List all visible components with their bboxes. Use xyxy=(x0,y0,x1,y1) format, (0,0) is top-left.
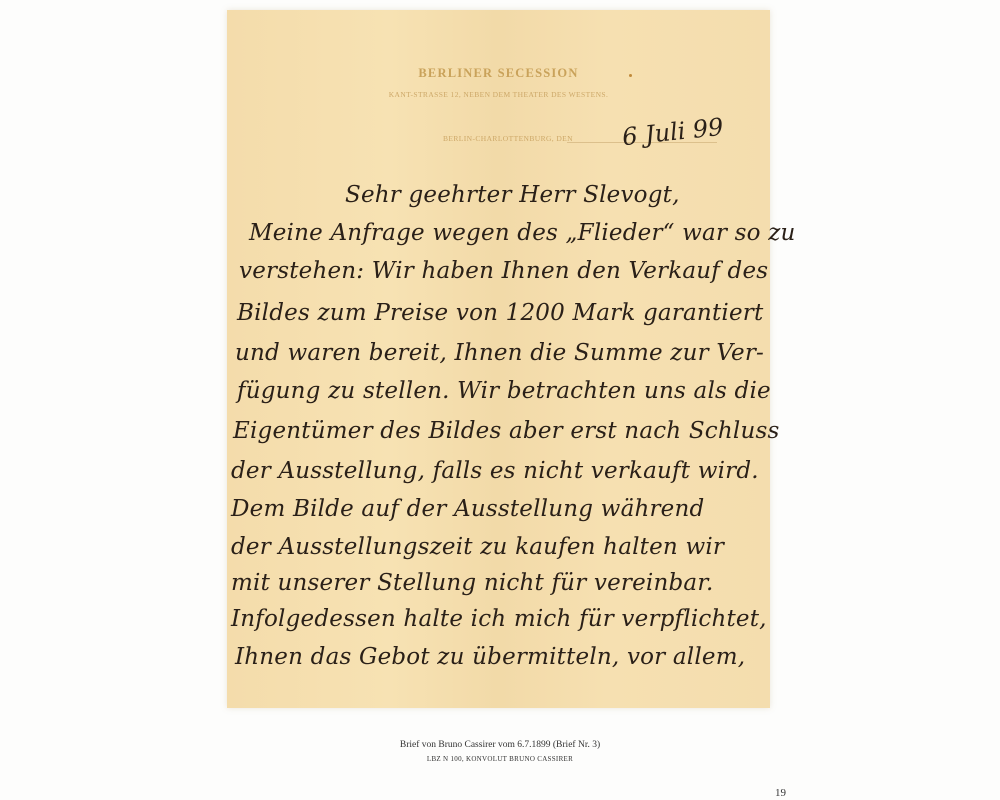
letterhead-address: KANT-STRASSE 12, NEBEN DEM THEATER DES W… xyxy=(227,90,770,99)
handwritten-line: verstehen: Wir haben Ihnen den Verkauf d… xyxy=(239,258,768,284)
letter-date: 6 Juli 99 xyxy=(621,113,725,151)
letterhead-title: BERLINER SECESSION xyxy=(227,66,770,81)
letterhead-dot xyxy=(629,74,632,77)
handwritten-line: Infolgedessen halte ich mich für verpfli… xyxy=(231,606,767,632)
handwritten-line: Eigentümer des Bildes aber erst nach Sch… xyxy=(233,418,779,444)
handwritten-line: der Ausstellung, falls es nicht verkauft… xyxy=(231,458,759,484)
handwritten-line: und waren bereit, Ihnen die Summe zur Ve… xyxy=(235,340,764,366)
handwritten-line: mit unserer Stellung nicht für vereinbar… xyxy=(231,570,714,596)
handwritten-line: Ihnen das Gebot zu übermitteln, vor alle… xyxy=(235,644,745,670)
handwritten-line: Bildes zum Preise von 1200 Mark garantie… xyxy=(237,300,763,326)
handwritten-line: fügung zu stellen. Wir betrachten uns al… xyxy=(237,378,771,404)
handwritten-line: der Ausstellungszeit zu kaufen halten wi… xyxy=(231,534,724,560)
figure-source: LBZ N 100, KONVOLUT BRUNO CASSIRER xyxy=(0,755,1000,763)
handwritten-line: Meine Anfrage wegen des „Flieder“ war so… xyxy=(249,220,796,246)
letterhead-place: BERLIN-CHARLOTTENBURG, DEN xyxy=(443,134,573,143)
salutation: Sehr geehrter Herr Slevogt, xyxy=(345,182,680,208)
letter-scan: BERLINER SECESSION KANT-STRASSE 12, NEBE… xyxy=(227,10,770,708)
page-number: 19 xyxy=(775,787,786,799)
handwritten-line: Dem Bilde auf der Ausstellung während xyxy=(231,496,704,522)
figure-caption: Brief von Bruno Cassirer vom 6.7.1899 (B… xyxy=(0,740,1000,750)
